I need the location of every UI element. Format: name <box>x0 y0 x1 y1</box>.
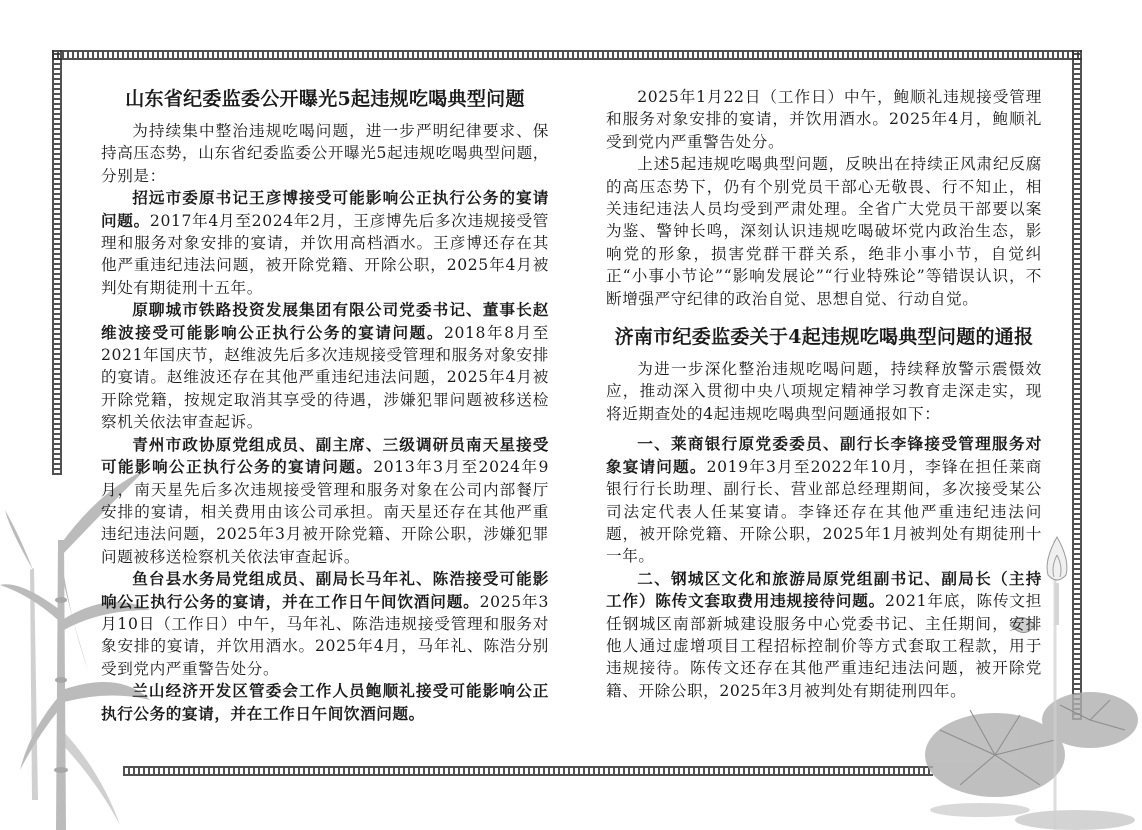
case-paragraph: 一、莱商银行原党委委员、副行长李锋接受管理服务对象宴请问题。2019年3月至20… <box>606 433 1042 567</box>
lotus-bud-icon <box>1042 535 1072 625</box>
case-heading: 兰山经济开发区管委会工作人员鲍顺礼接受可能影响公正执行公务的宴请，并在工作日午间… <box>101 681 549 722</box>
case-paragraph: 二、钢城区文化和旅游局原党组副书记、副局长（主持工作）陈传文套取费用违规接待问题… <box>606 568 1042 702</box>
top-border <box>52 50 1082 60</box>
case-body: 2017年4月至2024年2月，王彦博先后多次违规接受管理和服务对象安排的宴请，… <box>101 212 549 297</box>
summary-paragraph: 上述5起违规吃喝典型问题，反映出在持续正风肃纪反腐的高压态势下，仍有个别党员干部… <box>606 153 1042 310</box>
continuation-paragraph: 2025年1月22日（工作日）中午，鲍顺礼违规接受管理和服务对象安排的宴请，并饮… <box>606 86 1042 153</box>
intro-paragraph: 为进一步深化整治违规吃喝问题，持续释放警示震慑效应，推动深入贯彻中央八项规定精神… <box>606 358 1042 425</box>
intro-paragraph: 为持续集中整治违规吃喝问题，进一步严明纪律要求、保持高压态势，山东省纪委监委公开… <box>101 120 549 187</box>
case-paragraph: 兰山经济开发区管委会工作人员鲍顺礼接受可能影响公正执行公务的宴请，并在工作日午间… <box>101 680 549 725</box>
bottom-border <box>123 766 933 776</box>
left-border <box>52 50 62 475</box>
article-title-jinan: 济南市纪委监委关于4起违规吃喝典型问题的通报 <box>606 324 1042 350</box>
case-paragraph: 鱼台县水务局党组成员、副局长马年礼、陈浩接受可能影响公正执行公务的宴请，并在工作… <box>101 568 549 680</box>
right-column: 2025年1月22日（工作日）中午，鲍顺礼违规接受管理和服务对象安排的宴请，并饮… <box>606 86 1042 702</box>
right-border <box>1072 50 1082 720</box>
article-title-shandong: 山东省纪委监委公开曝光5起违规吃喝典型问题 <box>101 86 549 112</box>
document-page: 山东省纪委监委公开曝光5起违规吃喝典型问题 为持续集中整治违规吃喝问题，进一步严… <box>0 0 1142 830</box>
case-paragraph: 原聊城市铁路投资发展集团有限公司党委书记、董事长赵维波接受可能影响公正执行公务的… <box>101 299 549 433</box>
case-paragraph: 招远市委原书记王彦博接受可能影响公正执行公务的宴请问题。2017年4月至2024… <box>101 187 549 299</box>
case-paragraph: 青州市政协原党组成员、副主席、三级调研员南天星接受可能影响公正执行公务的宴请问题… <box>101 434 549 568</box>
left-column: 山东省纪委监委公开曝光5起违规吃喝典型问题 为持续集中整治违规吃喝问题，进一步严… <box>101 86 549 725</box>
